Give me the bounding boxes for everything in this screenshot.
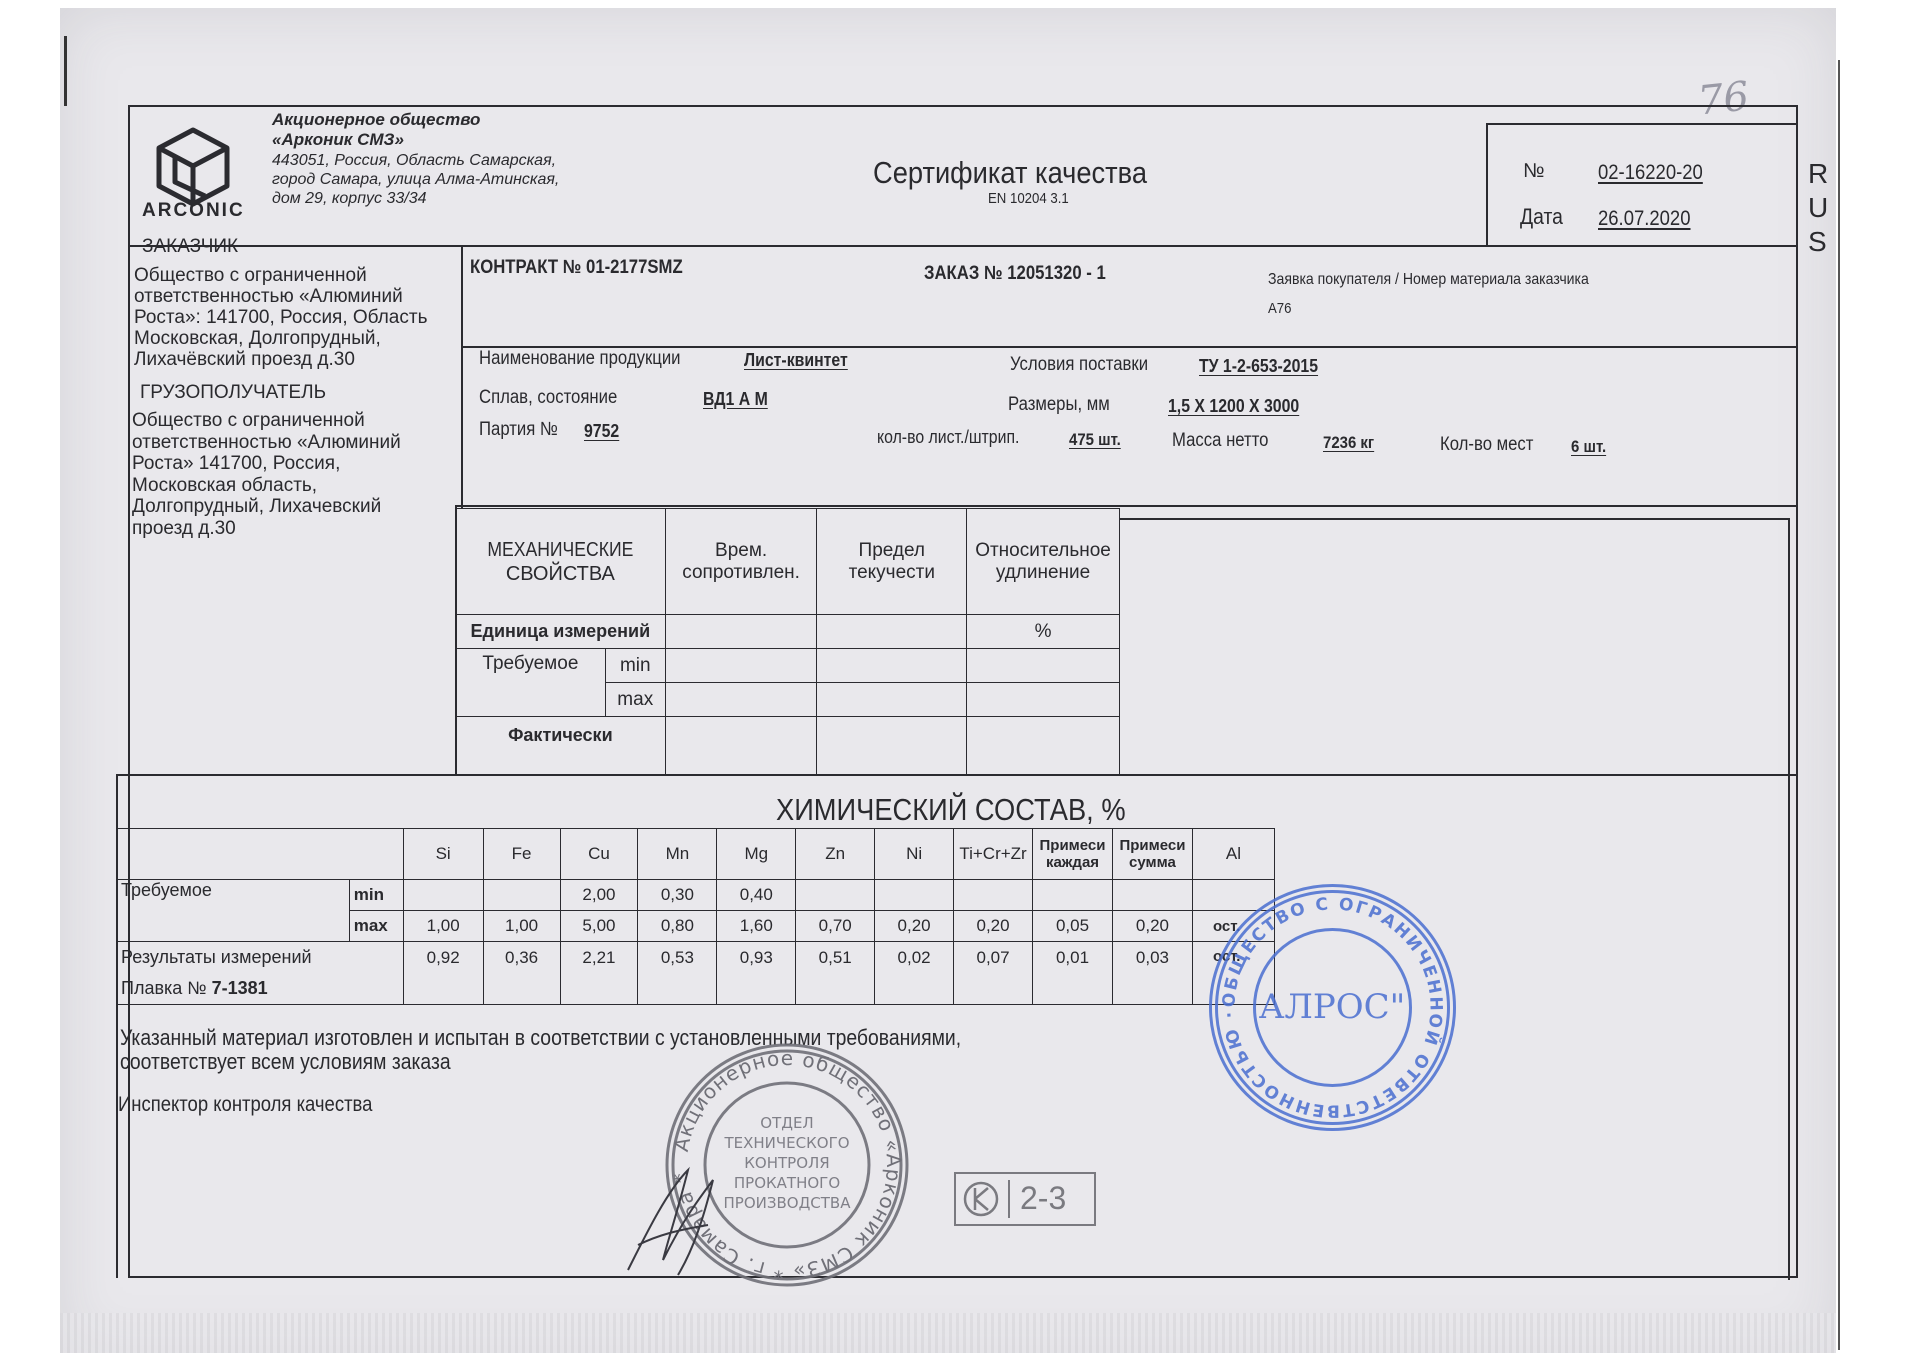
company-address-line2: город Самара, улица Алма-Атинская, <box>272 171 559 189</box>
results-label: Результаты измерений <box>121 942 403 973</box>
chem-element-header: Al <box>1192 829 1274 880</box>
consignee-line: Московская область, <box>132 475 401 497</box>
consignee-address: Общество с ограниченной ответственностью… <box>132 410 401 539</box>
chem-max-value: 1,60 <box>717 911 796 942</box>
mech-max-label: max <box>605 683 665 717</box>
chem-result-value: 0,07 <box>954 942 1033 1005</box>
certificate-standard: EN 10204 3.1 <box>988 190 1069 207</box>
chem-min-value <box>1112 880 1192 911</box>
chem-element-header: Zn <box>796 829 875 880</box>
chem-min-value: 0,40 <box>717 880 796 911</box>
mechanical-title-line1: МЕХАНИЧЕСКИЕ <box>469 538 653 562</box>
lang-letter-s: S <box>1808 226 1827 258</box>
company-address-line1: 443051, Россия, Область Самарская, <box>272 152 556 170</box>
consignee-line: Долгопрудный, Лихачевский <box>132 496 401 518</box>
chem-max-value: 0,05 <box>1033 911 1113 942</box>
chemical-title: ХИМИЧЕСКИЙ СОСТАВ, % <box>776 792 1126 828</box>
mech-max-elongation <box>967 683 1120 717</box>
chem-element-header: Mn <box>638 829 717 880</box>
buyer-request-label: Заявка покупателя / Номер материала зака… <box>1268 271 1589 289</box>
delivery-terms-value: ТУ 1-2-653-2015 <box>1199 356 1318 377</box>
alloy-value: ВД1 А М <box>703 389 768 410</box>
chem-min-value <box>1033 880 1113 911</box>
places-label: Кол-во мест <box>1440 434 1533 456</box>
chem-min-value <box>796 880 875 911</box>
size-label: Размеры, мм <box>1008 394 1110 416</box>
page-right-rule <box>1838 60 1840 1350</box>
chem-element-header: Примеси каждая <box>1033 829 1113 880</box>
chem-min-value <box>483 880 560 911</box>
chem-max-value: 1,00 <box>403 911 483 942</box>
header-bottom-rule <box>128 245 1798 247</box>
chem-element-header: Ni <box>875 829 954 880</box>
chemical-composition-table: SiFeCuMnMgZnNiTi+Cr+ZrПримеси каждаяПрим… <box>116 828 1275 1005</box>
product-block-bottom-rule <box>455 505 1798 507</box>
order-number: ЗАКАЗ № 12051320 - 1 <box>924 263 1106 285</box>
chem-min-value <box>954 880 1033 911</box>
batch-label: Партия № <box>479 419 558 441</box>
chem-results-label: Результаты измерений Плавка № 7-1381 <box>117 942 404 1005</box>
chem-result-value: 0,53 <box>638 942 717 1005</box>
chem-min-value <box>403 880 483 911</box>
chem-element-header: Cu <box>560 829 638 880</box>
size-value: 1,5 Х 1200 Х 3000 <box>1168 396 1299 417</box>
mech-actual-yield <box>817 717 967 775</box>
header-top-rule-right <box>1486 123 1798 125</box>
qc-divider <box>1008 1180 1010 1218</box>
certificate-date-label: Дата <box>1520 204 1563 230</box>
svg-text:ОТДЕЛ: ОТДЕЛ <box>760 1114 813 1132</box>
unit-tensile <box>665 615 817 649</box>
chem-max-value: 0,20 <box>954 911 1033 942</box>
heat-number: Плавка № 7-1381 <box>121 973 403 1004</box>
company-name-line2: «Арконик СМЗ» <box>272 130 404 150</box>
mech-min-yield <box>817 649 967 683</box>
scan-edge-mark <box>64 36 67 106</box>
certificate-number-label: № <box>1523 160 1544 183</box>
qc-stamp-number: 2-3 <box>1020 1180 1066 1217</box>
mechanical-properties-table: МЕХАНИЧЕСКИЕ СВОЙСТВА Врем.сопротивлен. … <box>455 508 1120 775</box>
product-name-label: Наименование продукции <box>479 348 681 370</box>
quantity-label: кол-во лист./штрип. <box>877 427 1019 448</box>
alloy-label: Сплав, состояние <box>479 387 617 409</box>
mech-min-elongation <box>967 649 1120 683</box>
chem-max-value: 0,20 <box>1112 911 1192 942</box>
chem-max-value: 1,00 <box>483 911 560 942</box>
chem-result-value: 0,93 <box>717 942 796 1005</box>
mech-actual-elongation <box>967 717 1120 775</box>
consignee-line: Роста» 141700, Россия, <box>132 453 401 475</box>
unit-label: Единица измерений <box>456 615 666 649</box>
company-name-line1: Акционерное общество <box>272 110 480 130</box>
chem-result-value: 0,03 <box>1112 942 1192 1005</box>
consignee-line: ответственностью «Алюминий <box>132 432 401 454</box>
mech-min-tensile <box>665 649 817 683</box>
customer-line: Лихачёвский проезд д.30 <box>134 349 427 370</box>
alros-company-stamp-icon: ОБЩЕСТВО С ОГРАНИЧЕННОЙ ОТВЕТСТВЕННОСТЬЮ… <box>1205 880 1460 1135</box>
certificate-number: 02-16220-20 <box>1598 161 1703 185</box>
right-frame-lower <box>1788 518 1790 1280</box>
consignee-heading: ГРУЗОПОЛУЧАТЕЛЬ <box>140 382 326 404</box>
mech-max-yield <box>817 683 967 717</box>
inspector-label: Инспектор контроля качества <box>118 1093 372 1117</box>
chem-max-value: 0,20 <box>875 911 954 942</box>
company-address-line3: дом 29, корпус 33/34 <box>272 190 426 208</box>
customer-line: Московская, Долгопрудный, <box>134 328 427 349</box>
unit-yield <box>817 615 967 649</box>
chem-max-value: 0,80 <box>638 911 717 942</box>
inspector-signature-icon <box>618 1150 748 1280</box>
net-mass-value: 7236 кг <box>1323 433 1374 453</box>
chem-result-value: 2,21 <box>560 942 638 1005</box>
consignee-line: проезд д.30 <box>132 518 401 540</box>
otk-mark-icon <box>962 1180 1000 1218</box>
buyer-request-value: А76 <box>1268 300 1291 317</box>
certificate-date: 26.07.2020 <box>1598 207 1690 231</box>
chem-result-value: 0,01 <box>1033 942 1113 1005</box>
chem-min-value <box>875 880 954 911</box>
customer-line: Общество с ограниченной <box>134 265 427 286</box>
delivery-terms-label: Условия поставки <box>1010 354 1148 376</box>
mech-col-elongation: Относительноеудлинение <box>967 509 1120 615</box>
chem-element-header: Si <box>403 829 483 880</box>
svg-text:АЛРОС": АЛРОС" <box>1259 987 1406 1027</box>
batch-value: 9752 <box>584 421 619 442</box>
certificate-title: Сертификат качества <box>873 155 1147 191</box>
quantity-value: 475 шт. <box>1069 430 1121 450</box>
customer-column-divider <box>461 246 463 508</box>
chem-result-value: 0,02 <box>875 942 954 1005</box>
svg-text:ПРОКАТНОГО: ПРОКАТНОГО <box>734 1174 840 1192</box>
header-number-divider <box>1486 124 1488 247</box>
conformity-statement-line2: соответствует всем условиям заказа <box>120 1049 451 1075</box>
mech-col-tensile: Врем.сопротивлен. <box>665 509 817 615</box>
chem-element-header: Fe <box>483 829 560 880</box>
customer-line: ответственностью «Алюминий <box>134 286 427 307</box>
contract-number: КОНТРАКТ № 01-2177SMZ <box>470 257 683 279</box>
chem-result-value: 0,92 <box>403 942 483 1005</box>
customer-heading: ЗАКАЗЧИК <box>142 236 238 258</box>
qc-inspection-stamp: 2-3 <box>954 1172 1096 1226</box>
mech-actual-label: Фактически <box>456 717 666 775</box>
svg-text:КОНТРОЛЯ: КОНТРОЛЯ <box>744 1154 829 1172</box>
mech-required-label: Требуемое <box>456 649 606 717</box>
chem-header-blank <box>117 829 404 880</box>
chem-max-value: 5,00 <box>560 911 638 942</box>
lang-letter-r: R <box>1808 158 1828 190</box>
chem-element-header: Примеси сумма <box>1112 829 1192 880</box>
places-value: 6 шт. <box>1571 437 1606 457</box>
consignee-line: Общество с ограниченной <box>132 410 401 432</box>
customer-line: Роста»: 141700, Россия, Область <box>134 307 427 328</box>
customer-address: Общество с ограниченной ответственностью… <box>134 265 427 370</box>
chem-result-value: 0,51 <box>796 942 875 1005</box>
mech-max-tensile <box>665 683 817 717</box>
chem-min-label: min <box>349 880 403 911</box>
mech-actual-tensile <box>665 717 817 775</box>
chem-element-header: Ti+Cr+Zr <box>954 829 1033 880</box>
product-name-value: Лист-квинтет <box>744 350 848 371</box>
unit-elongation: % <box>967 615 1120 649</box>
mech-col-yield: Пределтекучести <box>817 509 967 615</box>
lang-letter-u: U <box>1808 192 1828 224</box>
chem-element-header: Mg <box>717 829 796 880</box>
chem-min-value: 0,30 <box>638 880 717 911</box>
right-frame-mid-rule <box>1120 518 1790 520</box>
mech-min-label: min <box>605 649 665 683</box>
chem-result-value: 0,36 <box>483 942 560 1005</box>
chem-required-label: Требуемое <box>117 880 350 942</box>
net-mass-label: Масса нетто <box>1172 430 1268 452</box>
chem-min-value: 2,00 <box>560 880 638 911</box>
chem-max-label: max <box>349 911 403 942</box>
mechanical-title-line2: СВОЙСТВА <box>456 562 665 586</box>
chem-max-value: 0,70 <box>796 911 875 942</box>
mechanical-title: МЕХАНИЧЕСКИЕ СВОЙСТВА <box>456 509 666 615</box>
logo-text: ARCONIC <box>142 200 245 222</box>
